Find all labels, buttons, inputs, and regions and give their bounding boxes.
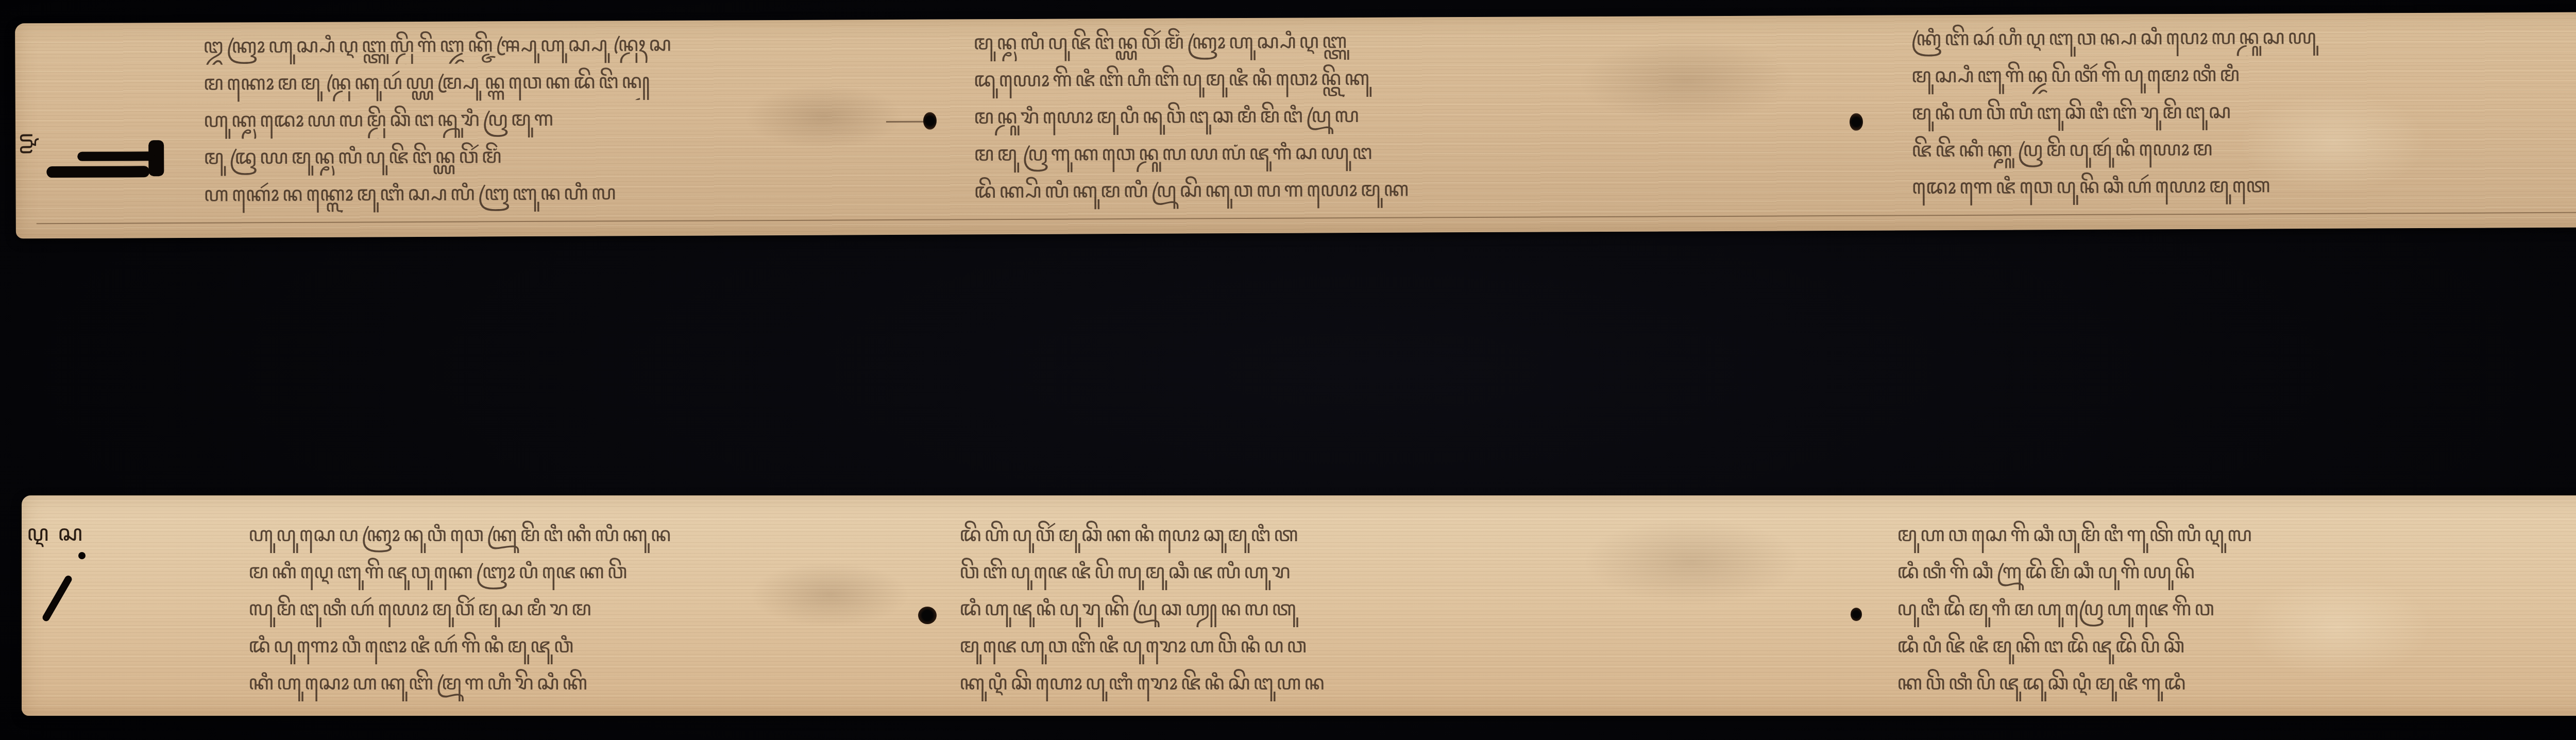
margin-mark: ꦉ xyxy=(15,133,54,155)
text-line: ꦩꦸꦤ꧀ꦩꦭꦶꦥꦸꦗꦼꦔꦼꦤ꧀ꦪꦮꦼꦂꦩꦼꦁꦏꦿꦴꦲꦸꦱ꧀ꦥꦶꦉꦧ꧀ꦠꦸ xyxy=(973,21,1849,61)
text-block-left: ꦈꦏꦿꦴꦲꦸꦱ꧀ꦥꦶꦉꦧ꧀ꦠꦸꦭ꧀ꦝꦼꦒꦼꦧ꧀ꦢꦏ꧀ꦗꦼꦯ꧀ꦥꦿꦸꦲꦸꦱ꧀ꦥꦸꦤ… xyxy=(203,25,925,213)
string-hole xyxy=(1850,113,1863,131)
text-line: ꦩꦸꦤꦶꦲꦮꦼꦭꦶꦧꦸꦕꦼꦔꦶꦧꦼꦫꦸꦩꦼꦔꦸꦱ xyxy=(1911,91,2576,131)
text-line: ꦩꦸꦱ꧀ꦥꦶꦧꦸꦒꦼꦤ꧀ꦢꦥꦼꦠꦶꦂꦒꦼꦥꦸꦩꦺꦴꦠꦶꦩꦶ xyxy=(1911,54,2576,94)
text-line: ꦢꦼꦏ꧀ꦥꦼꦭꦶꦏꦸꦩꦭꦶꦥꦿꦸꦱꦼꦏꦸꦮꦭꦒꦪꦺꦴꦩꦸꦏ xyxy=(974,169,1850,210)
text-line: ꦏꦶꦲꦸꦱꦺꦴꦲꦏꦸꦧꦼꦩꦿꦸꦒꦲꦶꦫꦼꦱꦶꦏꦼ xyxy=(248,664,918,701)
text-line: ꦢꦼꦲꦼꦥꦸꦮꦼꦂꦩꦸꦕꦼꦏꦤꦶꦥꦺꦴꦕꦸꦩꦸꦔꦶꦠ xyxy=(959,516,1825,553)
ink-stain xyxy=(46,166,149,178)
text-line: ꦈꦏꦿꦴꦲꦸꦱ꧀ꦥꦶꦉꦧ꧀ꦠꦸꦭ꧀ꦝꦼꦒꦼꦧ꧀ꦢꦏ꧀ꦗꦼꦯ꧀ꦥꦿꦸꦲꦸꦱ꧀ꦥꦸꦤ… xyxy=(203,25,924,65)
text-line: ꦩꦏꦶꦉꦺꦧꦸꦒꦼꦗꦸꦮꦸꦏꦺꦧꦿꦴꦥꦶꦗꦺꦏꦮꦼ xyxy=(248,553,918,590)
text-block-right: ꦩꦸꦲꦮꦱꦺꦒꦼꦕꦶꦮꦸꦩꦼꦔꦶꦒꦸꦠꦼꦭꦶꦉꦸꦭ ꦢꦶꦠꦶꦒꦼꦕꦶꦒꦿꦸꦢꦼꦩ… xyxy=(1897,516,2576,701)
text-line: ꦮꦼꦧꦼꦥꦸꦗꦺꦗꦶꦥꦼꦭꦸꦩꦸꦕꦶꦗꦭꦶꦲꦸꦫ xyxy=(959,553,1825,590)
text-line: ꦢꦸꦪꦺꦴꦒꦼꦗꦶꦧꦼꦲꦶꦧꦼꦥꦸꦩꦸꦗꦶꦤꦶꦮꦺꦴꦤ꧀ꦠꦼꦏꦸ xyxy=(973,58,1849,98)
text-line: ꦩꦸꦲꦮꦱꦺꦒꦼꦕꦶꦮꦸꦩꦼꦔꦶꦒꦸꦠꦼꦭꦶꦉꦸꦭ xyxy=(1897,516,2576,553)
text-line: ꦏꦿꦶꦧꦼꦱꦂꦲꦶꦉꦧꦸꦮꦤ꧀ꦥꦱꦶꦥꦺꦴꦭꦤ꧀ꦝꦸꦱꦪꦸ xyxy=(1911,17,2576,57)
text-block-left: ꦲꦸꦥꦸꦱꦺꦥꦏꦿꦴꦤꦸꦮꦶꦮꦺꦏꦿꦸꦩꦼꦔꦶꦏꦶꦭꦶꦏꦸꦤ ꦩꦏꦶꦉꦺꦧꦸꦒꦼ… xyxy=(248,516,918,701)
string-hole xyxy=(918,607,937,624)
ink-stain xyxy=(77,151,155,161)
text-line: ꦩꦸꦢꦿꦪꦩꦸꦤ꧀ꦩꦭꦶꦥꦸꦗꦼꦔꦼꦤ꧀ꦪꦮꦼꦂꦩꦼꦁ xyxy=(204,136,925,176)
text-line: ꦭꦸꦩꦼꦔꦸꦠꦶꦲꦂꦪꦺꦴꦩꦸꦮꦼꦂꦩꦸꦱꦩꦶꦫꦩ xyxy=(248,590,918,627)
text-line: ꦲꦏꦺꦴꦂꦤꦏ꧀ꦭꦺꦴꦩꦸꦧꦶꦱ꧀ꦥꦭꦶꦧꦿꦧꦸꦤꦲꦶꦭ xyxy=(204,173,925,213)
text-block-middle: ꦢꦼꦲꦼꦥꦸꦮꦼꦂꦩꦸꦕꦼꦏꦤꦶꦥꦺꦴꦕꦸꦩꦸꦔꦶꦠ ꦮꦼꦧꦼꦥꦸꦗꦺꦗꦶꦥꦼꦭ… xyxy=(959,516,1825,701)
palm-leaf-folio-top: ꦉ ꦈꦏꦿꦴꦲꦸꦱ꧀ꦥꦶꦉꦧ꧀ꦠꦸꦭ꧀ꦝꦼꦒꦼꦧ꧀ꦢꦏ꧀ꦗꦼꦯ꧀ꦥꦿꦸꦲꦸꦱ꧀ꦥ… xyxy=(15,12,2576,239)
text-block-right: ꦏꦿꦶꦧꦼꦱꦂꦲꦶꦉꦧꦸꦮꦤ꧀ꦥꦱꦶꦥꦺꦴꦭꦤ꧀ꦝꦸꦱꦪꦸ ꦩꦸꦱ꧀ꦥꦶꦧꦸꦒꦼ… xyxy=(1911,17,2576,205)
text-block-middle: ꦩꦸꦤ꧀ꦩꦭꦶꦥꦸꦗꦼꦔꦼꦤ꧀ꦪꦮꦼꦂꦩꦼꦁꦏꦿꦴꦲꦸꦱ꧀ꦥꦶꦉꦧ꧀ꦠꦸ ꦢꦸꦪ… xyxy=(973,21,1850,210)
text-line: ꦢꦺꦴꦒꦺꦗꦶꦮꦺꦥꦸꦤꦼꦕꦶꦲꦂꦪꦺꦴꦩꦸꦠꦺ xyxy=(1911,165,2576,205)
ink-stain xyxy=(41,574,73,623)
text-line: ꦢꦶꦠꦶꦒꦼꦕꦶꦒꦿꦸꦢꦼꦩꦼꦕꦶꦥꦸꦒꦼꦪꦸꦤꦼ xyxy=(1897,553,2576,590)
palm-leaf-folio-bottom: ꦉ ꦱ ꦲꦸꦥꦸꦱꦺꦥꦏꦿꦴꦤꦸꦮꦶꦮꦺꦏꦿꦸꦩꦼꦔꦶꦏꦶꦭꦶꦏꦸꦤ ꦩꦏꦶꦉꦺ… xyxy=(22,495,2576,716)
text-line: ꦗꦼꦗꦼꦏꦶꦏ꧀ꦩꦸꦥꦿꦩꦼꦥꦸꦩꦸꦂꦤꦶꦪꦺꦴꦩ xyxy=(1911,128,2576,168)
text-line: ꦥꦸꦔꦶꦢꦼꦩꦸꦒꦶꦩꦲꦸꦥꦿꦺꦲꦸꦗꦺꦒꦼꦮ xyxy=(1897,590,2576,627)
text-line: ꦢꦶꦥꦶꦗꦼꦗꦶꦩꦸꦏꦼꦔꦢꦼꦗꦸꦢꦼꦥꦼꦕꦼ xyxy=(1897,627,2576,664)
text-line: ꦲꦸꦥꦸꦱꦺꦥꦏꦿꦴꦤꦸꦮꦶꦮꦺꦏꦿꦸꦩꦼꦔꦶꦏꦶꦭꦶꦏꦸꦤ xyxy=(248,516,918,553)
string-hole xyxy=(923,112,937,130)
margin-mark: ꦉ xyxy=(27,516,48,562)
text-line: ꦩꦩꦸꦥꦿꦒꦸꦏꦮꦺꦤ꧀ꦝꦸꦭꦪꦭꦁꦗꦸꦒꦶꦱꦪꦸꦔ xyxy=(974,132,1850,173)
text-line: ꦏꦮꦼꦠꦶꦥꦼꦗꦸꦢꦸꦕꦼꦉꦶꦩꦸꦗꦶꦒꦸꦢꦶ xyxy=(1897,664,2576,701)
text-line: ꦲꦸꦏ꧀ꦩꦢꦺꦴꦪꦭꦩ꧀ꦝꦼꦕꦼꦔꦤ꧀ꦤꦸꦫꦶꦥꦿꦩꦸꦒ xyxy=(204,99,925,139)
text-line: ꦏꦸꦉꦶꦕꦼꦲꦺꦴꦥꦸꦧꦶꦫꦺꦴꦗꦼꦤꦶꦱꦼꦔꦸꦲꦤ xyxy=(959,664,1825,701)
text-line: ꦩꦸꦗꦺꦲꦸꦮꦧꦼꦗꦶꦥꦸꦫꦺꦴꦲꦮꦼꦤꦶꦥꦮ xyxy=(959,627,1825,664)
text-line: ꦢꦶꦲꦸꦗꦸꦤꦶꦥꦸꦫꦸꦏꦼꦥꦿꦸꦕꦲꦾꦤꦭꦠꦸ xyxy=(959,590,1825,627)
text-line: ꦩꦤ꧀ꦝꦸꦫꦶꦪꦺꦴꦩꦸꦥꦶꦤꦸꦮꦼꦔꦸꦕꦩꦶꦩꦼꦔꦶꦥꦿꦸꦭ xyxy=(974,95,1850,135)
text-line: ꦢꦶꦥꦸꦒꦺꦴꦮꦶꦔꦺꦴꦗꦶꦲꦂꦒꦼꦤꦶꦩꦸꦗꦸꦮꦶ xyxy=(248,627,918,664)
text-line: ꦩꦏꦺꦴꦩꦩꦸꦤ꧀ꦝꦿꦏꦸꦥꦂꦪ꧀ꦪꦩ꧀ꦥꦿꦸꦤ꧀ꦒꦮꦺꦏꦢꦼꦔꦼꦤ꧀ xyxy=(203,62,924,102)
string-hole xyxy=(1851,608,1862,621)
